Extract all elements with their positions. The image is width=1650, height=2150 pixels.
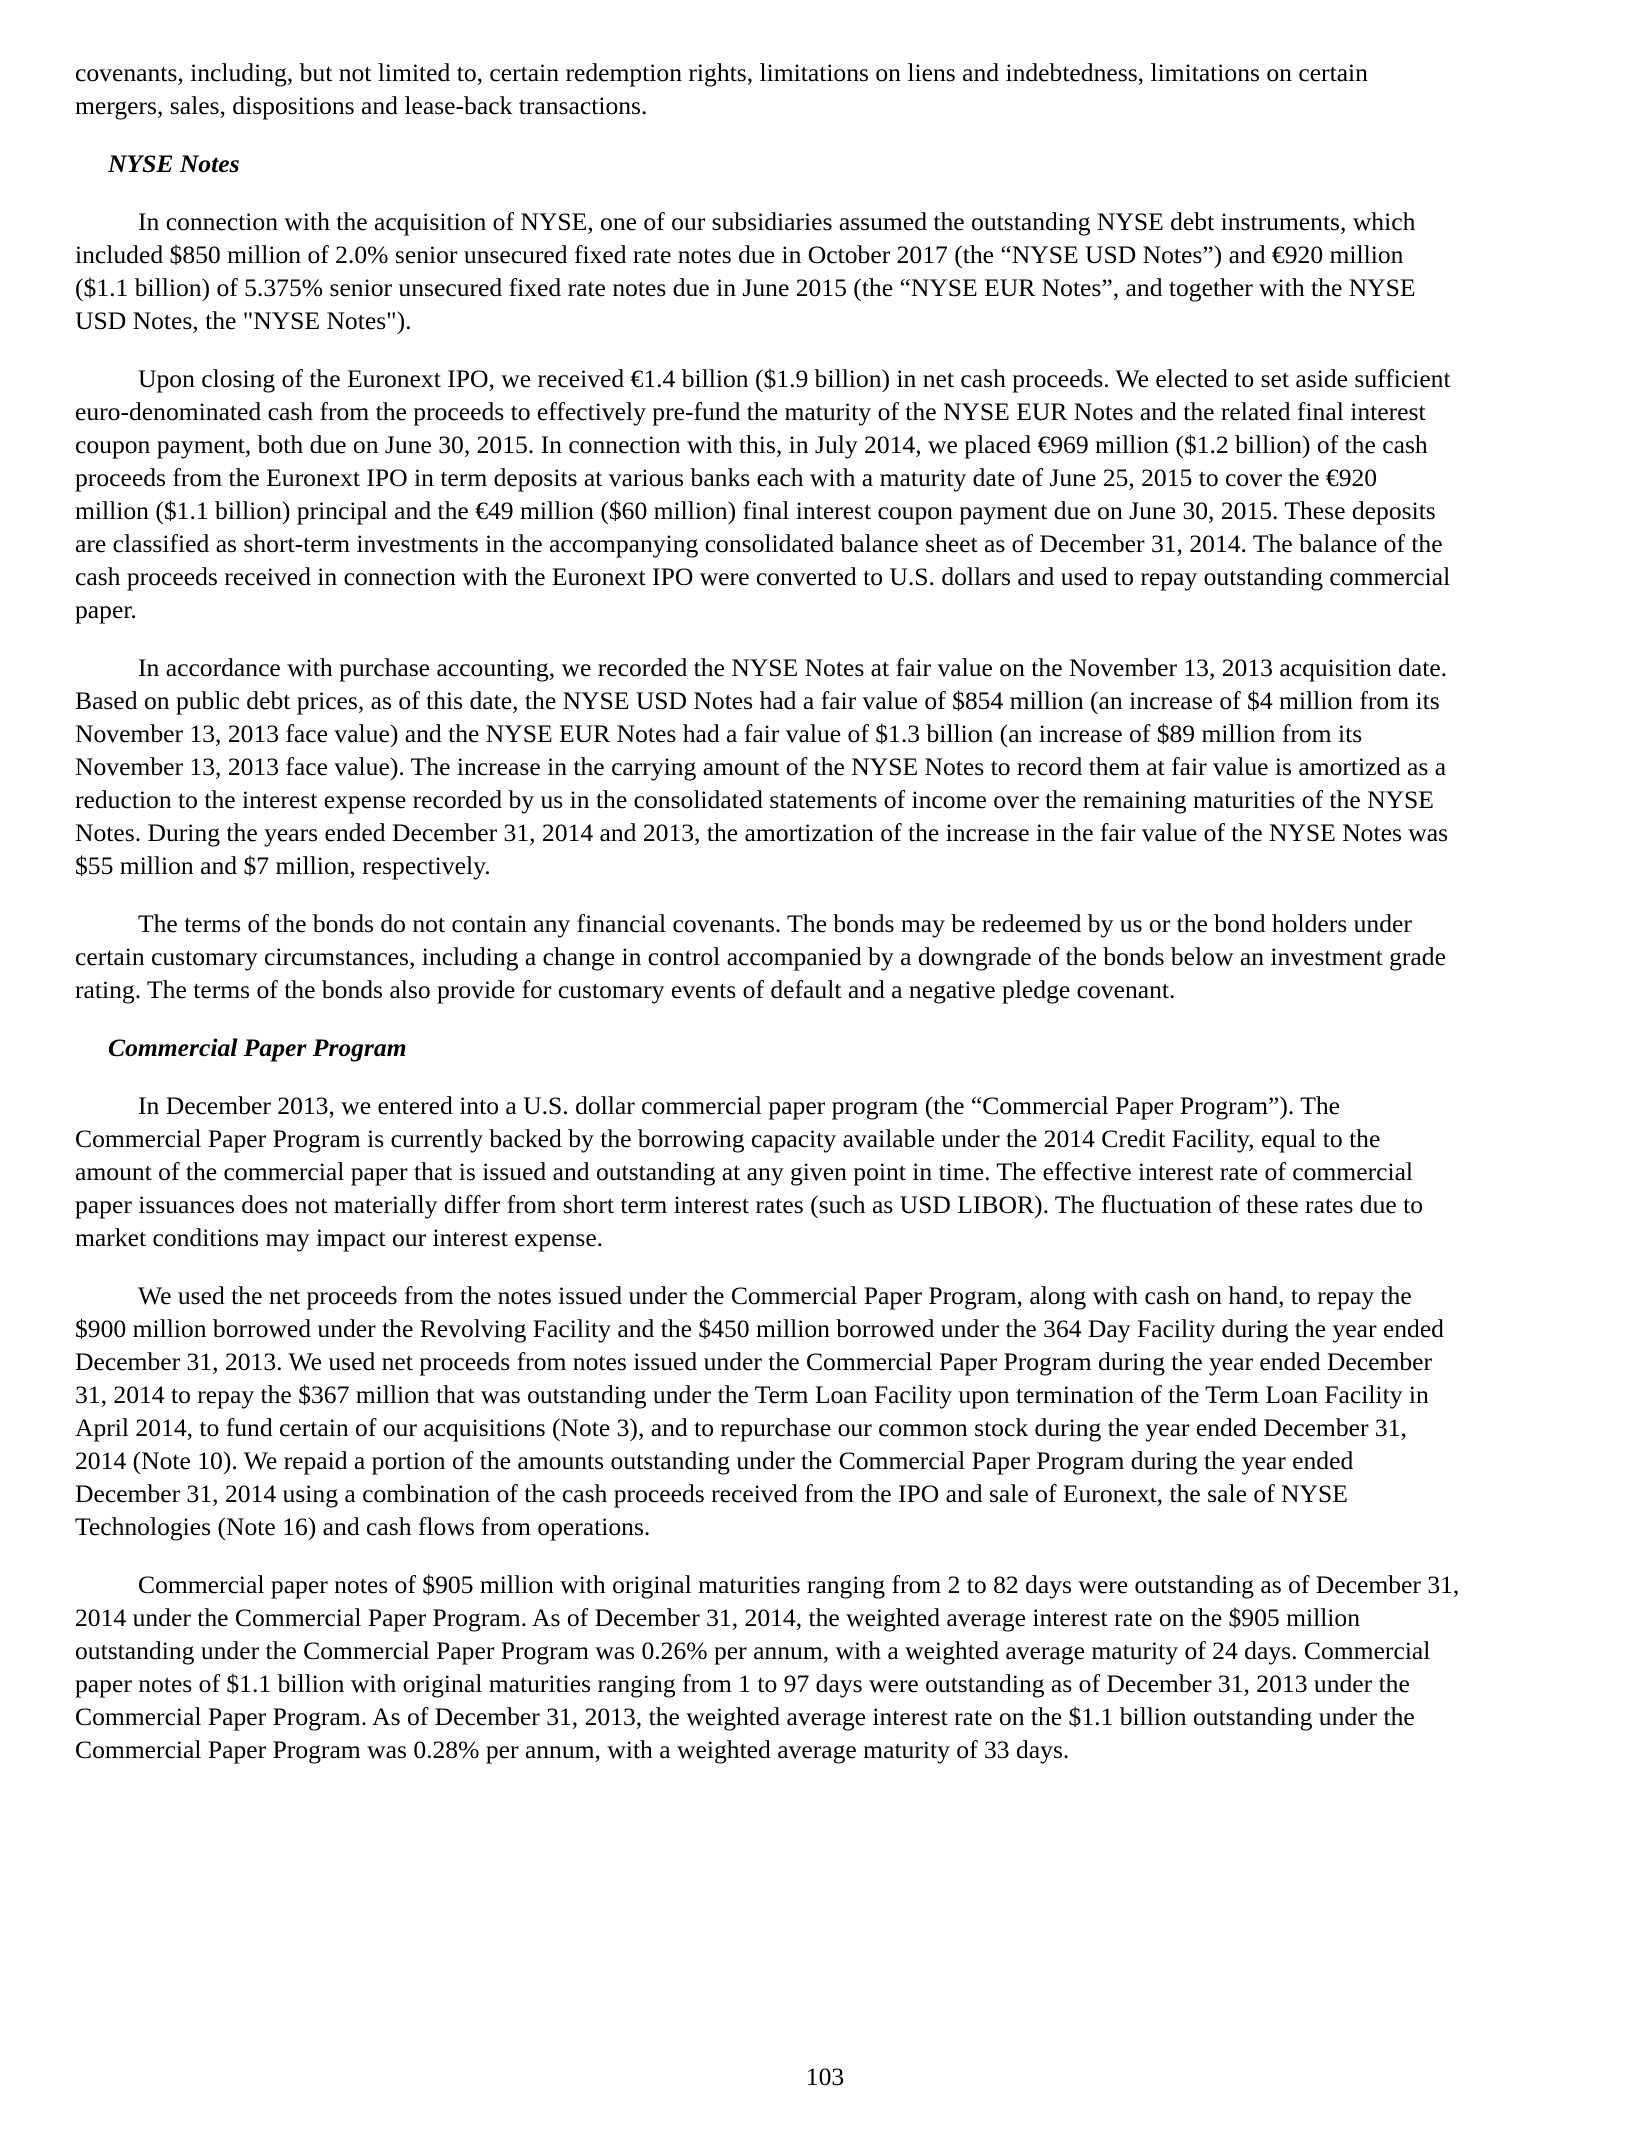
text-line: 31, 2014 to repay the $367 million that …	[75, 1378, 1595, 1411]
text-line: $55 million and $7 million, respectively…	[75, 849, 1595, 882]
text-line: $900 million borrowed under the Revolvin…	[75, 1312, 1595, 1345]
text-line: euro-denominated cash from the proceeds …	[75, 395, 1595, 428]
text-line: We used the net proceeds from the notes …	[75, 1279, 1595, 1312]
text-line: Based on public debt prices, as of this …	[75, 684, 1595, 717]
text-line: Technologies (Note 16) and cash flows fr…	[75, 1510, 1595, 1543]
text-line: In December 2013, we entered into a U.S.…	[75, 1089, 1595, 1122]
text-line: ($1.1 billion) of 5.375% senior unsecure…	[75, 271, 1595, 304]
text-line: USD Notes, the "NYSE Notes").	[75, 304, 1595, 337]
text-line: coupon payment, both due on June 30, 201…	[75, 428, 1595, 461]
paragraph-cp-proceeds-use: We used the net proceeds from the notes …	[75, 1279, 1595, 1543]
section-heading-commercial-paper-program: Commercial Paper Program	[75, 1031, 1595, 1064]
text-line: The terms of the bonds do not contain an…	[75, 907, 1595, 940]
text-line: cash proceeds received in connection wit…	[75, 560, 1595, 593]
text-line: November 13, 2013 face value). The incre…	[75, 750, 1595, 783]
paragraph-nyse-acquisition: In connection with the acquisition of NY…	[75, 205, 1595, 337]
text-line: market conditions may impact our interes…	[75, 1221, 1595, 1254]
paragraph-purchase-accounting: In accordance with purchase accounting, …	[75, 651, 1595, 882]
text-line: Commercial Paper Program is currently ba…	[75, 1122, 1595, 1155]
text-line: November 13, 2013 face value) and the NY…	[75, 717, 1595, 750]
text-line: mergers, sales, dispositions and lease-b…	[75, 89, 1595, 122]
text-line: included $850 million of 2.0% senior uns…	[75, 238, 1595, 271]
paragraph-cp-outstanding: Commercial paper notes of $905 million w…	[75, 1568, 1595, 1766]
text-line: December 31, 2013. We used net proceeds …	[75, 1345, 1595, 1378]
paragraph-covenants-continuation: covenants, including, but not limited to…	[75, 56, 1595, 122]
text-line: certain customary circumstances, includi…	[75, 940, 1595, 973]
text-line: Upon closing of the Euronext IPO, we rec…	[75, 362, 1595, 395]
text-line: In accordance with purchase accounting, …	[75, 651, 1595, 684]
text-line: reduction to the interest expense record…	[75, 783, 1595, 816]
text-line: amount of the commercial paper that is i…	[75, 1155, 1595, 1188]
text-line: Commercial Paper Program. As of December…	[75, 1700, 1595, 1733]
page-number: 103	[0, 2060, 1650, 2093]
document-page: covenants, including, but not limited to…	[75, 56, 1595, 1791]
text-line: December 31, 2014 using a combination of…	[75, 1477, 1595, 1510]
text-line: covenants, including, but not limited to…	[75, 56, 1595, 89]
text-line: paper issuances does not materially diff…	[75, 1188, 1595, 1221]
text-line: million ($1.1 billion) principal and the…	[75, 494, 1595, 527]
text-line: April 2014, to fund certain of our acqui…	[75, 1411, 1595, 1444]
text-line: In connection with the acquisition of NY…	[75, 205, 1595, 238]
text-line: are classified as short-term investments…	[75, 527, 1595, 560]
text-line: Notes. During the years ended December 3…	[75, 816, 1595, 849]
text-line: proceeds from the Euronext IPO in term d…	[75, 461, 1595, 494]
paragraph-cp-program-intro: In December 2013, we entered into a U.S.…	[75, 1089, 1595, 1254]
text-line: Commercial paper notes of $905 million w…	[75, 1568, 1595, 1601]
section-heading-nyse-notes: NYSE Notes	[75, 147, 1595, 180]
text-line: 2014 under the Commercial Paper Program.…	[75, 1601, 1595, 1634]
text-line: paper notes of $1.1 billion with origina…	[75, 1667, 1595, 1700]
text-line: 2014 (Note 10). We repaid a portion of t…	[75, 1444, 1595, 1477]
paragraph-bond-terms: The terms of the bonds do not contain an…	[75, 907, 1595, 1006]
text-line: rating. The terms of the bonds also prov…	[75, 973, 1595, 1006]
text-line: Commercial Paper Program was 0.28% per a…	[75, 1733, 1595, 1766]
paragraph-euronext-ipo: Upon closing of the Euronext IPO, we rec…	[75, 362, 1595, 626]
text-line: outstanding under the Commercial Paper P…	[75, 1634, 1595, 1667]
text-line: paper.	[75, 593, 1595, 626]
